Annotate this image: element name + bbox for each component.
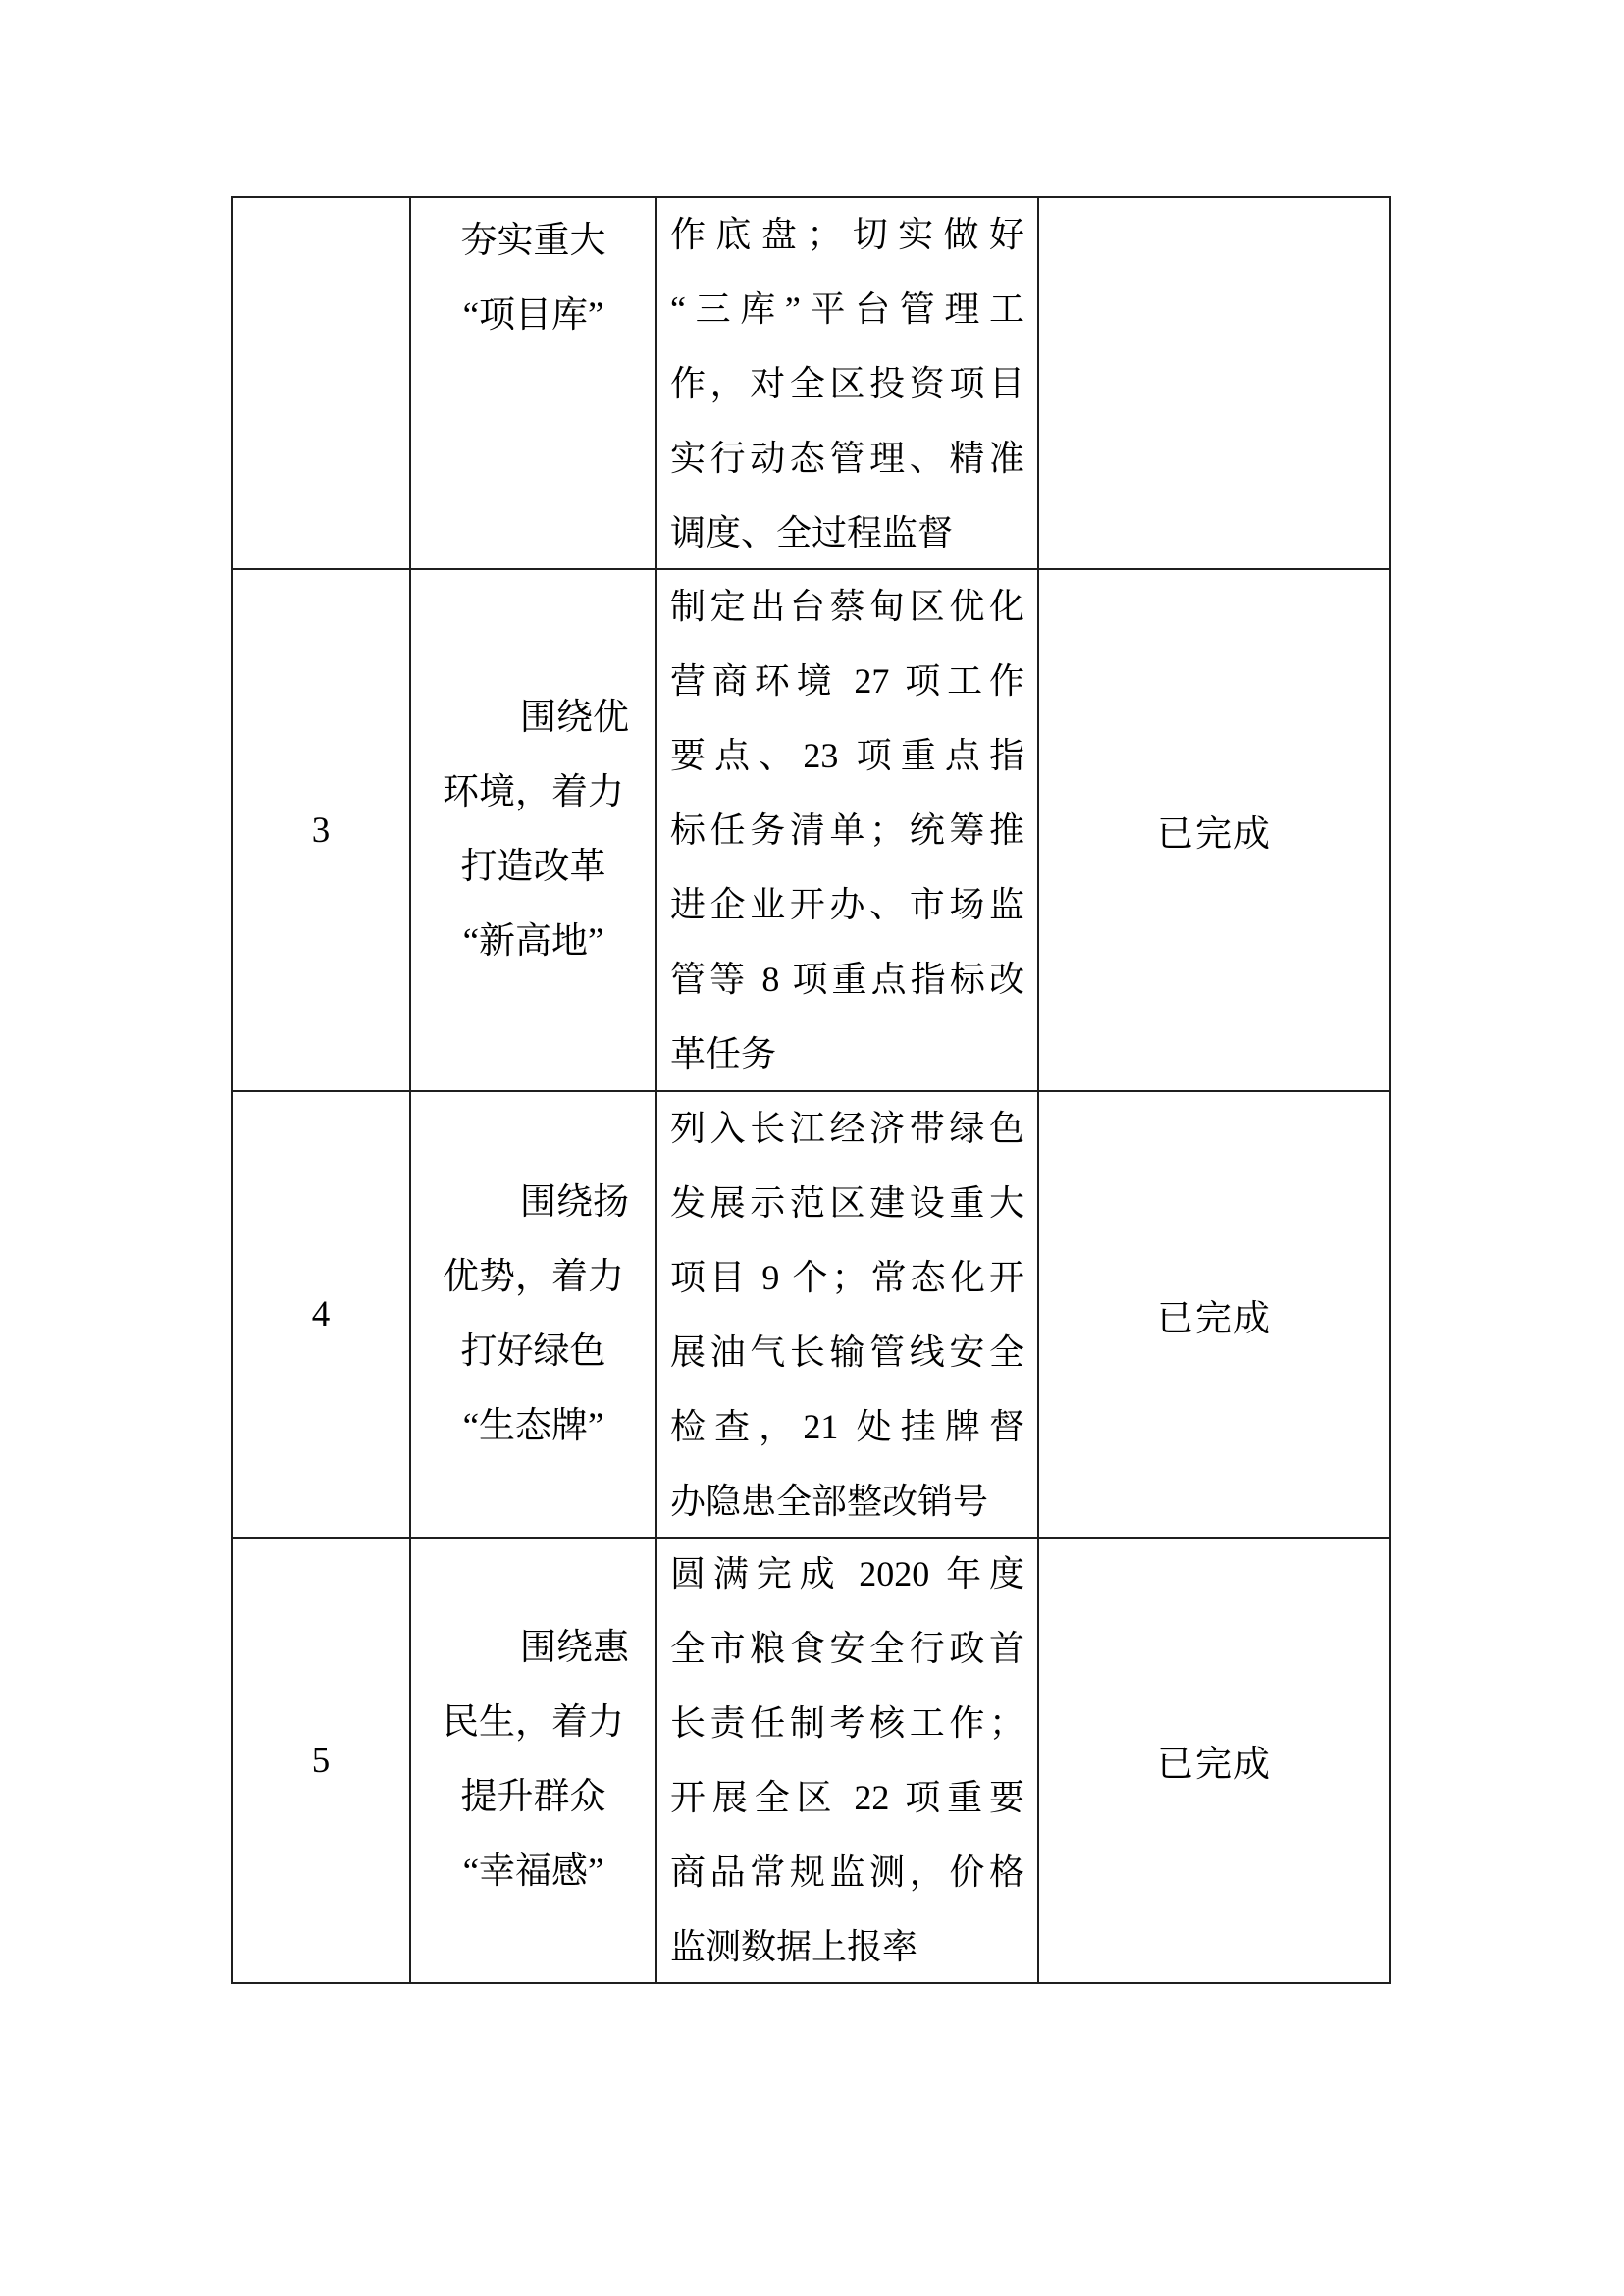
work-progress-line: 发展示范区建设重大 <box>670 1166 1024 1240</box>
completion-status-cell: 已完成 <box>1039 1092 1389 1539</box>
row-number-cell <box>233 198 411 570</box>
work-progress-line: 实行动态管理、精准 <box>670 421 1024 496</box>
measure-title-line: “项目库” <box>421 279 646 353</box>
work-progress-cell: 圆满完成 2020 年度全市粮食安全行政首长责任制考核工作；开展全区 22 项重… <box>657 1539 1039 1982</box>
work-progress-line: 项目 9 个；常态化开 <box>670 1240 1024 1315</box>
measure-title-line: “生态牌” <box>421 1389 646 1464</box>
measure-title-line: 夯实重大 <box>421 204 646 279</box>
row-number: 3 <box>312 809 331 852</box>
measure-title-line: “幸福感” <box>421 1835 646 1909</box>
completion-status-cell: 已完成 <box>1039 1539 1389 1982</box>
work-progress-line: 圆满完成 2020 年度 <box>670 1539 1024 1611</box>
work-progress-line: 展油气长输管线安全 <box>670 1315 1024 1389</box>
work-progress-line: 要点、23 项重点指 <box>670 718 1024 793</box>
work-progress-line: 商品常规监测，价格 <box>670 1835 1024 1909</box>
work-progress-line: 开展全区 22 项重要 <box>670 1760 1024 1835</box>
work-progress-line: 列入长江经济带绿色 <box>670 1092 1024 1166</box>
work-progress-line: 调度、全过程监督 <box>670 496 1024 570</box>
measure-title-line: 围绕惠 <box>421 1611 646 1686</box>
work-progress-line: 长责任制考核工作； <box>670 1686 1024 1760</box>
work-progress-line: 全市粮食安全行政首 <box>670 1611 1024 1686</box>
work-progress-line: 管等 8 项重点指标改 <box>670 942 1024 1017</box>
work-progress-line: 进企业开办、市场监 <box>670 867 1024 942</box>
measure-title-cell: 围绕惠民生，着力提升群众“幸福感” <box>411 1539 657 1982</box>
measure-title-line: 环境，着力 <box>421 756 646 830</box>
completion-status: 已完成 <box>1157 1734 1272 1787</box>
completion-status-cell: 已完成 <box>1039 570 1389 1092</box>
work-progress-line: 营商环境 27 项工作 <box>670 644 1024 718</box>
work-progress-line: 检查，21 处挂牌督 <box>670 1389 1024 1464</box>
measure-title-line: 民生，着力 <box>421 1686 646 1760</box>
measure-title-cell: 围绕优环境，着力打造改革“新高地” <box>411 570 657 1092</box>
row-number-cell: 5 <box>233 1539 411 1982</box>
work-progress-cell: 作底盘；切实做好“三库”平台管理工作，对全区投资项目实行动态管理、精准调度、全过… <box>657 198 1039 570</box>
work-progress-line: 监测数据上报率 <box>670 1909 1024 1982</box>
measure-title-line: 打好绿色 <box>421 1315 646 1389</box>
row-number: 5 <box>312 1740 331 1782</box>
work-progress-line: 标任务清单；统筹推 <box>670 793 1024 867</box>
row-number-cell: 3 <box>233 570 411 1092</box>
measure-title-line: 围绕优 <box>421 681 646 756</box>
work-progress-line: 办隐患全部整改销号 <box>670 1464 1024 1539</box>
document-page: 夯实重大“项目库”作底盘；切实做好“三库”平台管理工作，对全区投资项目实行动态管… <box>0 0 1624 2296</box>
measure-title-line: 打造改革 <box>421 830 646 905</box>
work-progress-line: 作，对全区投资项目 <box>670 346 1024 421</box>
measure-title-line: 优势，着力 <box>421 1240 646 1315</box>
work-progress-cell: 制定出台蔡甸区优化营商环境 27 项工作要点、23 项重点指标任务清单；统筹推进… <box>657 570 1039 1092</box>
work-progress-table: 夯实重大“项目库”作底盘；切实做好“三库”平台管理工作，对全区投资项目实行动态管… <box>231 196 1391 1984</box>
row-number: 4 <box>312 1293 331 1335</box>
work-progress-line: 革任务 <box>670 1017 1024 1091</box>
measure-title-line: 围绕扬 <box>421 1166 646 1240</box>
work-progress-line: 制定出台蔡甸区优化 <box>670 570 1024 644</box>
measure-title-cell: 围绕扬优势，着力打好绿色“生态牌” <box>411 1092 657 1539</box>
measure-title-line: “新高地” <box>421 905 646 979</box>
work-progress-line: 作底盘；切实做好 <box>670 198 1024 272</box>
measure-title-line: 提升群众 <box>421 1760 646 1835</box>
completion-status-cell <box>1039 198 1389 570</box>
completion-status: 已完成 <box>1157 804 1272 857</box>
completion-status: 已完成 <box>1157 1288 1272 1341</box>
work-progress-cell: 列入长江经济带绿色发展示范区建设重大项目 9 个；常态化开展油气长输管线安全检查… <box>657 1092 1039 1539</box>
row-number-cell: 4 <box>233 1092 411 1539</box>
work-progress-line: “三库”平台管理工 <box>670 272 1024 346</box>
measure-title-cell: 夯实重大“项目库” <box>411 198 657 570</box>
